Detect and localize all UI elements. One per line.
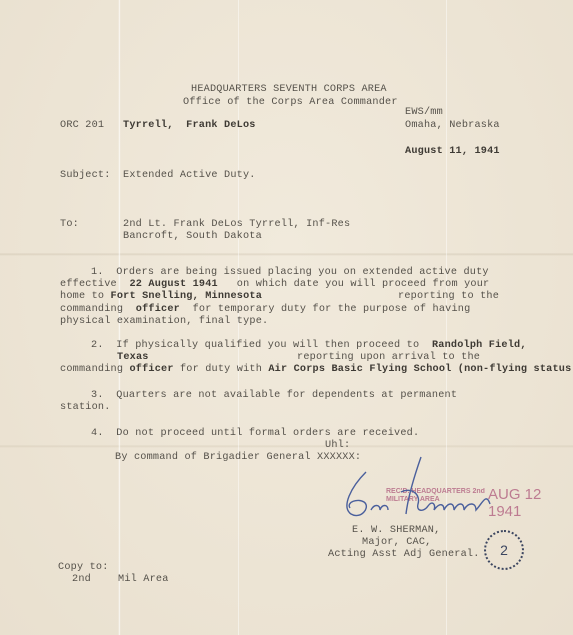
paragraph-2-line: reporting upon arrival to the xyxy=(297,352,480,364)
paragraph-1-line: 1. Orders are being issued placing you o… xyxy=(91,267,489,279)
paragraph-1-line: commanding officer for temporary duty fo… xyxy=(60,304,470,316)
paper-fold xyxy=(446,0,447,635)
school-name: Air Corps Basic Flying School (non-flyin… xyxy=(268,364,573,375)
paragraph-2-line: commanding officer for duty with Air Cor… xyxy=(60,364,573,376)
officer-text: officer xyxy=(129,364,173,375)
destination-fort-snelling: Fort Snelling, Minnesota xyxy=(111,291,263,302)
subject-text: Extended Active Duty. xyxy=(123,170,256,182)
to-label: To: xyxy=(60,219,79,231)
subject-label: Subject: xyxy=(60,170,111,182)
paragraph-3-line: 3. Quarters are not available for depend… xyxy=(91,390,457,402)
subject-person-name: Tyrrell, Frank DeLos xyxy=(123,120,256,132)
text: on which date you will proceed from your xyxy=(218,279,489,290)
paragraph-1-line: home to Fort Snelling, Minnesota xyxy=(60,291,262,303)
text: commanding xyxy=(60,364,129,375)
paragraph-3-line: station. xyxy=(60,402,111,414)
destination-state: Texas xyxy=(117,352,149,364)
location: Omaha, Nebraska xyxy=(405,120,500,132)
uhl-notation: Uhl: xyxy=(325,440,350,452)
paragraph-1-line: physical examination, final type. xyxy=(60,316,268,328)
file-reference: ORC 201 xyxy=(60,120,104,132)
letterhead-title: HEADQUARTERS SEVENTH CORPS AREA xyxy=(191,84,387,96)
text: 2. If physically qualified you will then… xyxy=(91,340,432,351)
recorded-seal-stamp: 2 xyxy=(484,530,524,570)
signer-title: Acting Asst Adj General. xyxy=(328,549,480,561)
paragraph-2-line: 2. If physically qualified you will then… xyxy=(91,340,527,352)
paragraph-1-line: reporting to the xyxy=(398,291,499,303)
addressee-name: 2nd Lt. Frank DeLos Tyrrell, Inf-Res xyxy=(123,219,350,231)
letterhead-subtitle: Office of the Corps Area Commander xyxy=(183,97,398,109)
paragraph-1-line: effective 22 August 1941 on which date y… xyxy=(60,279,489,291)
seal-number: 2 xyxy=(500,542,508,558)
text: commanding xyxy=(60,304,136,315)
paragraph-4-line: 4. Do not proceed until formal orders ar… xyxy=(91,428,419,440)
copy-recipient: 2nd xyxy=(72,574,91,586)
letter-date: August 11, 1941 xyxy=(405,146,500,158)
signer-rank: Major, CAC, xyxy=(362,537,431,549)
reference-initials: EWS/mm xyxy=(405,107,443,119)
copy-to-label: Copy to: xyxy=(58,562,109,574)
text: effective xyxy=(60,279,129,290)
copy-recipient-area: Mil Area xyxy=(118,574,169,586)
text: for duty with xyxy=(174,364,269,375)
officer-text: officer xyxy=(136,304,180,315)
command-line: By command of Brigadier General XXXXXX: xyxy=(115,452,361,464)
signer-name: E. W. SHERMAN, xyxy=(352,525,440,537)
addressee-location: Bancroft, South Dakota xyxy=(123,231,262,243)
text: home to xyxy=(60,291,111,302)
destination-randolph-field: Randolph Field, xyxy=(432,340,527,351)
handwritten-signature xyxy=(336,452,506,527)
effective-date: 22 August 1941 xyxy=(129,279,217,290)
text: for temporary duty for the purpose of ha… xyxy=(180,304,470,315)
